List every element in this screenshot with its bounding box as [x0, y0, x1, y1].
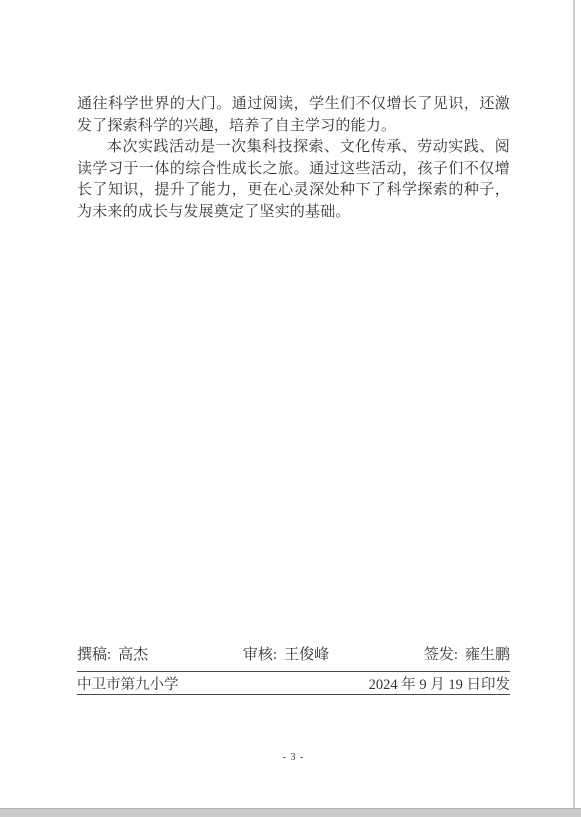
body-paragraph-continuation: 通往科学世界的大门。通过阅读，学生们不仅增长了见识，还激发了探索科学的兴趣，培养… [77, 94, 510, 137]
reviewer-item: 审核:王俊峰 [243, 646, 329, 664]
drafter-label: 撰稿: [77, 647, 111, 663]
drafter-item: 撰稿:高杰 [77, 646, 148, 664]
document-body: 通往科学世界的大门。通过阅读，学生们不仅增长了见识，还激发了探索科学的兴趣，培养… [77, 94, 510, 223]
issuer-name: 雍生鹏 [465, 647, 510, 663]
signature-row: 撰稿:高杰 审核:王俊峰 签发:雍生鹏 [77, 646, 510, 672]
body-paragraph: 本次实践活动是一次集科技探索、文化传承、劳动实践、阅读学习于一体的综合性成长之旅… [77, 137, 510, 223]
issuer-label: 签发: [424, 647, 458, 663]
document-page: 通往科学世界的大门。通过阅读，学生们不仅增长了见识，还激发了探索科学的兴趣，培养… [0, 0, 573, 808]
drafter-name: 高杰 [118, 647, 148, 663]
print-date: 2024 年 9 月 19 日印发 [369, 673, 510, 694]
page-number: - 3 - [77, 752, 510, 763]
window-bottom-edge [0, 808, 581, 817]
imprint-row: 中卫市第九小学 2024 年 9 月 19 日印发 [77, 672, 510, 695]
document-footer: 撰稿:高杰 审核:王俊峰 签发:雍生鹏 中卫市第九小学 2024 年 9 月 1… [77, 646, 510, 695]
reviewer-name: 王俊峰 [284, 647, 329, 663]
issuer-item: 签发:雍生鹏 [424, 646, 510, 664]
page-right-edge [573, 0, 575, 808]
reviewer-label: 审核: [243, 647, 277, 663]
organization-name: 中卫市第九小学 [77, 673, 179, 694]
